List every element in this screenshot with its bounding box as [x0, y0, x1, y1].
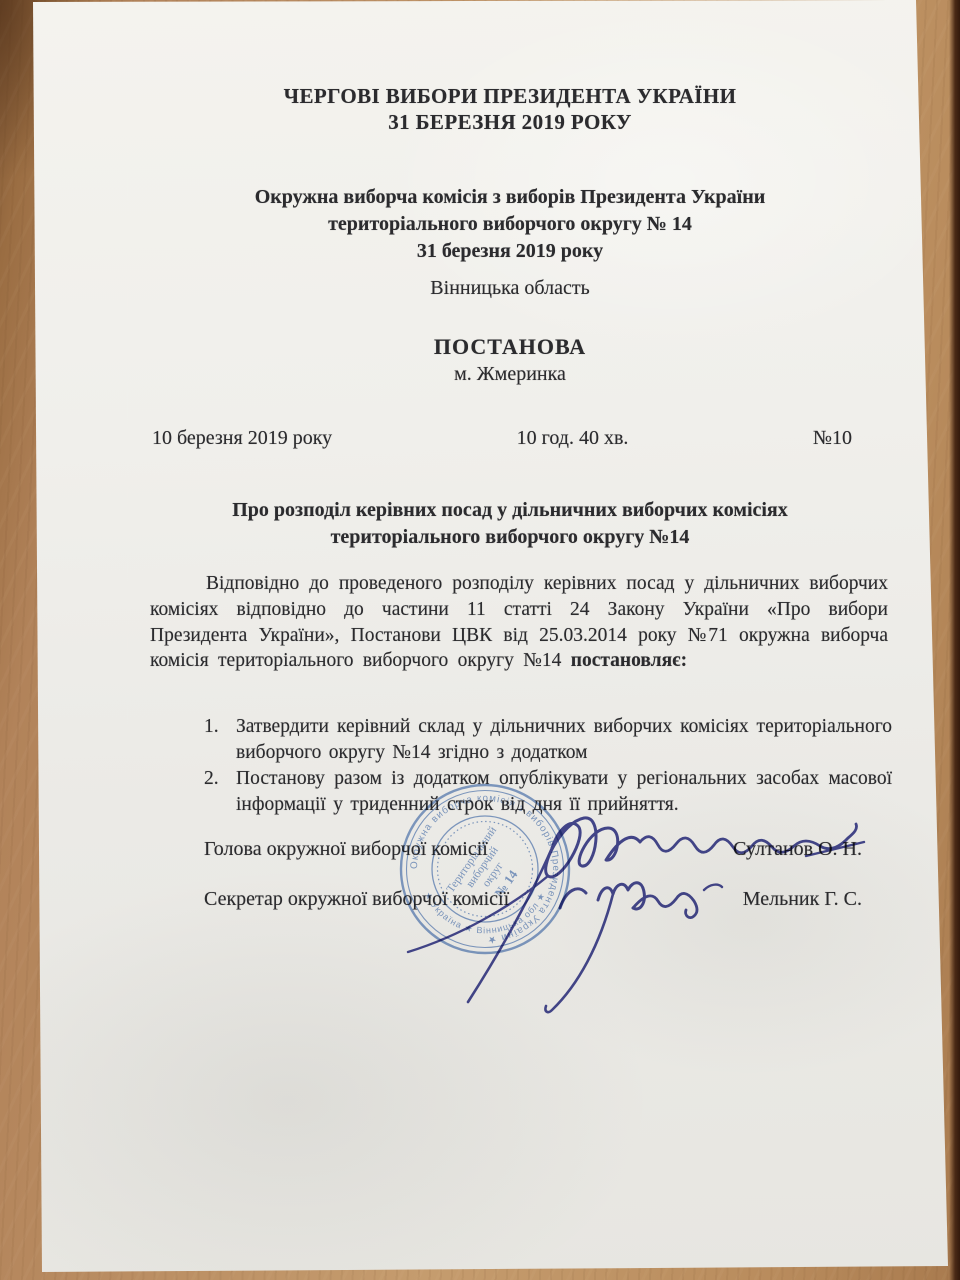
- subject-line2: територіального виборчого округу №14: [140, 524, 880, 551]
- election-header-line2: 31 БЕРЕЗНЯ 2019 РОКУ: [140, 109, 880, 135]
- signature-head-tail: [640, 824, 857, 853]
- doc-time: 10 год. 40 хв.: [517, 427, 629, 450]
- desk-edge: [949, 0, 960, 1280]
- commission-header: Окружна виборча комісія з виборів Презид…: [140, 184, 880, 265]
- commission-line1: Окружна виборча комісія з виборів Презид…: [140, 184, 880, 211]
- meta-row: 10 березня 2019 року 10 год. 40 хв. №10: [152, 427, 852, 450]
- photo-of-document: { "page": { "wood_color": "#b5845a", "pa…: [0, 0, 960, 1280]
- resolution-text: Затвердити керівний склад у дільничних в…: [236, 714, 892, 766]
- body-paragraph-text: Відповідно до проведеного розподілу кері…: [150, 573, 888, 671]
- signature-ink: [370, 780, 890, 1025]
- subject-line1: Про розподіл керівних посад у дільничних…: [140, 497, 880, 524]
- signature-head-flourish: [408, 876, 548, 952]
- region-line: Вінницька область: [140, 277, 880, 300]
- signature-secretary-descender: [545, 894, 613, 1012]
- signature-head-approach: [468, 848, 552, 1002]
- signature-secretary-tilde: [704, 885, 722, 890]
- doc-number: №10: [813, 427, 852, 450]
- doc-date: 10 березня 2019 року: [152, 427, 332, 450]
- election-header-line1: ЧЕРГОВІ ВИБОРИ ПРЕЗИДЕНТА УКРАЇНИ: [140, 83, 880, 109]
- city-line: м. Жмеринка: [140, 363, 880, 386]
- signature-secretary-g: [560, 889, 586, 908]
- election-header: ЧЕРГОВІ ВИБОРИ ПРЕЗИДЕНТА УКРАЇНИ 31 БЕР…: [140, 83, 880, 135]
- body-paragraph-emphasis: постановляє:: [571, 650, 687, 671]
- resolution-number: 1.: [204, 714, 236, 766]
- doc-type-title: ПОСТАНОВА: [140, 334, 880, 360]
- commission-line3: 31 березня 2019 року: [140, 238, 880, 265]
- resolution-item: 1. Затвердити керівний склад у дільнични…: [204, 714, 892, 766]
- commission-line2: територіального виборчого округу № 14: [140, 211, 880, 238]
- signature-head-loops: [546, 818, 640, 877]
- resolution-number: 2.: [204, 766, 236, 818]
- body-paragraph: Відповідно до проведеного розподілу кері…: [150, 571, 888, 674]
- subject-heading: Про розподіл керівних посад у дільничних…: [140, 497, 880, 551]
